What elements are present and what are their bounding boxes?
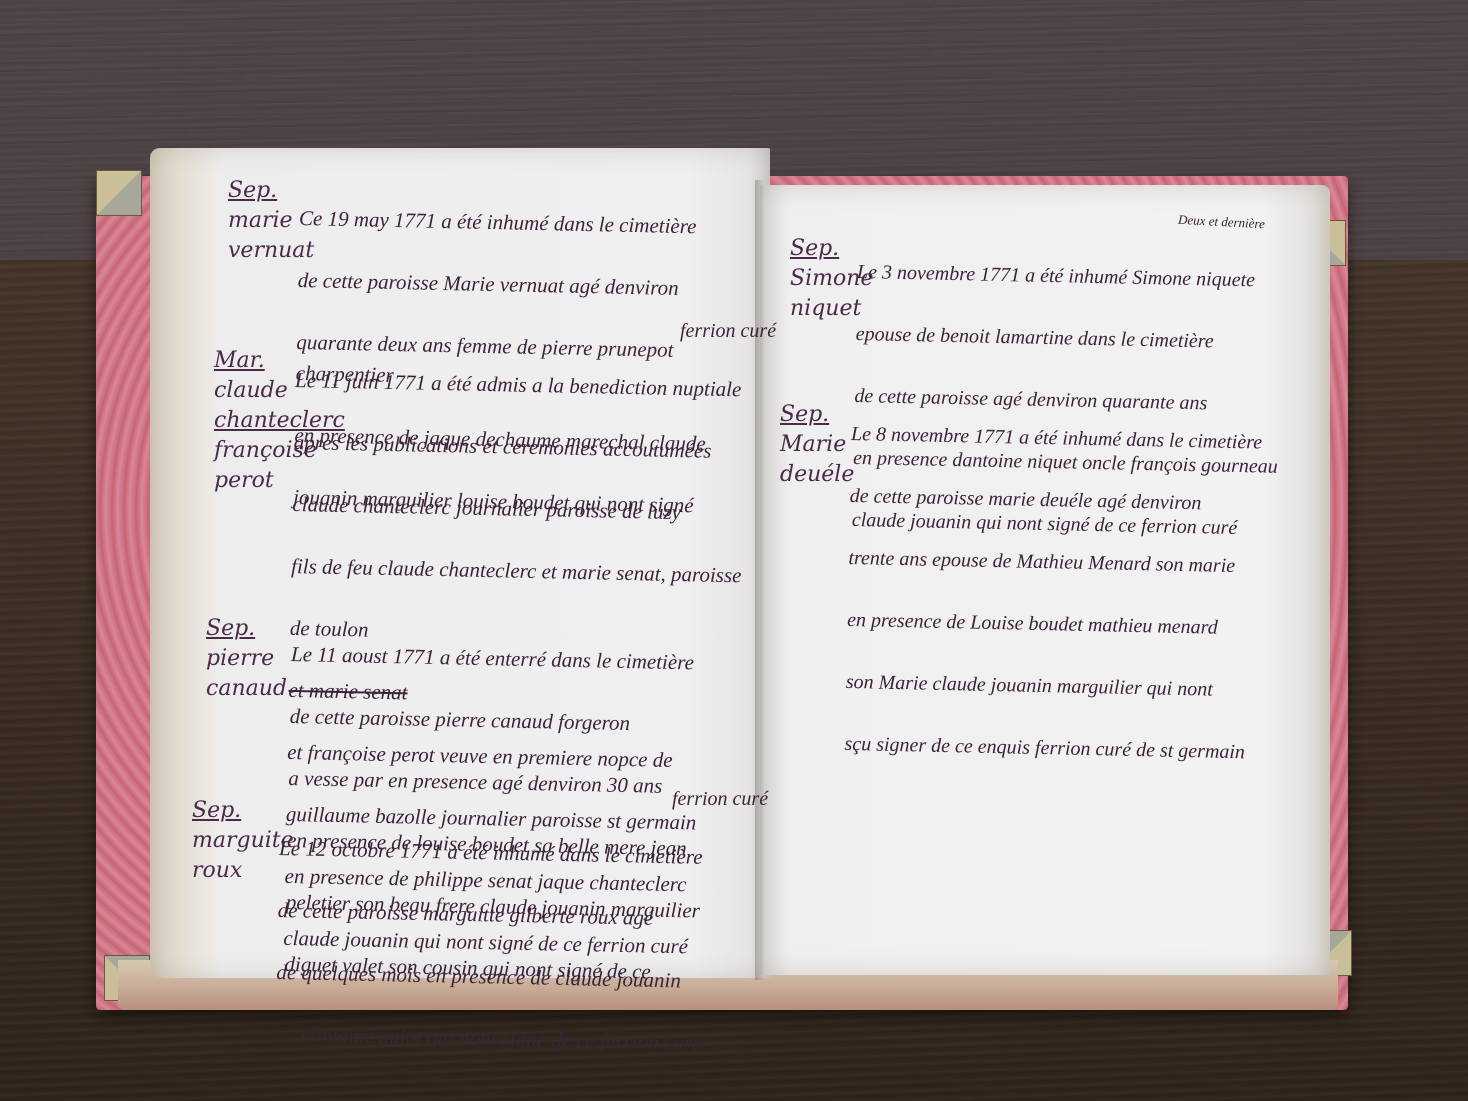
margin-type: Sep.: [192, 796, 294, 826]
entry-line: trente ans epouse de Mathieu Menard son …: [848, 543, 1299, 583]
margin-note-entry-6: Sep. Marie deuéle: [780, 400, 854, 490]
entry-line: apres les publications et ceremonies acc…: [293, 427, 774, 468]
entry-line: de cette paroisse marie deuéle agé denvi…: [849, 481, 1300, 521]
entry-6-text: Le 8 novembre 1771 a été inhumé dans le …: [844, 388, 1302, 800]
margin-note-entry-3: Sep. pierre canaud: [206, 614, 287, 704]
entry-line: de cette paroisse marguitte gilberte rou…: [277, 895, 768, 936]
margin-name: deuéle: [780, 460, 854, 490]
entry-line: de cette paroisse pierre canaud forgeron: [289, 701, 770, 742]
entry-line: en presence de Louise boudet mathieu men…: [847, 605, 1298, 645]
margin-type: Sep.: [206, 614, 287, 644]
entry-line: fils de feu claude chanteclerc et marie …: [291, 551, 772, 592]
cover-corner-top-left: [96, 170, 142, 216]
entry-line: son Marie claude jouanin marguilier qui …: [846, 667, 1297, 707]
entry-line: epouse de benoit lamartine dans le cimet…: [855, 319, 1296, 359]
margin-name: canaud: [206, 674, 287, 704]
entry-line: Ce 19 may 1771 a été inhumé dans le cime…: [299, 203, 770, 244]
margin-name: pierre: [206, 644, 287, 674]
entry-line: de quelques mois en presence de claude j…: [276, 957, 767, 998]
entry-line: Le 8 novembre 1771 a été inhumé dans le …: [851, 419, 1302, 459]
entry-4-text: Le 12 octobre 1771 a été inhumé dans le …: [274, 802, 770, 1091]
entry-line: sçu signer de ce enquis ferrion curé de …: [844, 729, 1295, 769]
entry-line: claudine guiot qui nont signé de ce ferr…: [275, 1019, 766, 1060]
entry-3-signature: ferrion curé: [672, 788, 768, 811]
entry-line: de cette paroisse Marie vernuat agé denv…: [297, 265, 768, 306]
margin-type: Sep.: [780, 400, 854, 430]
entry-line: Le 12 octobre 1771 a été inhumé dans le …: [279, 833, 770, 874]
entry-line: Le 11 juin 1771 a été admis a la benedic…: [295, 365, 776, 406]
margin-name: Marie: [780, 430, 854, 460]
entry-line: Le 3 novembre 1771 a été inhumé Simone n…: [857, 257, 1298, 297]
entry-1-signature: ferrion curé: [680, 320, 776, 343]
entry-line: claude chanteclerc journalier paroisse d…: [292, 489, 773, 530]
entry-line: Le 11 aoust 1771 a été enterré dans le c…: [291, 639, 772, 680]
